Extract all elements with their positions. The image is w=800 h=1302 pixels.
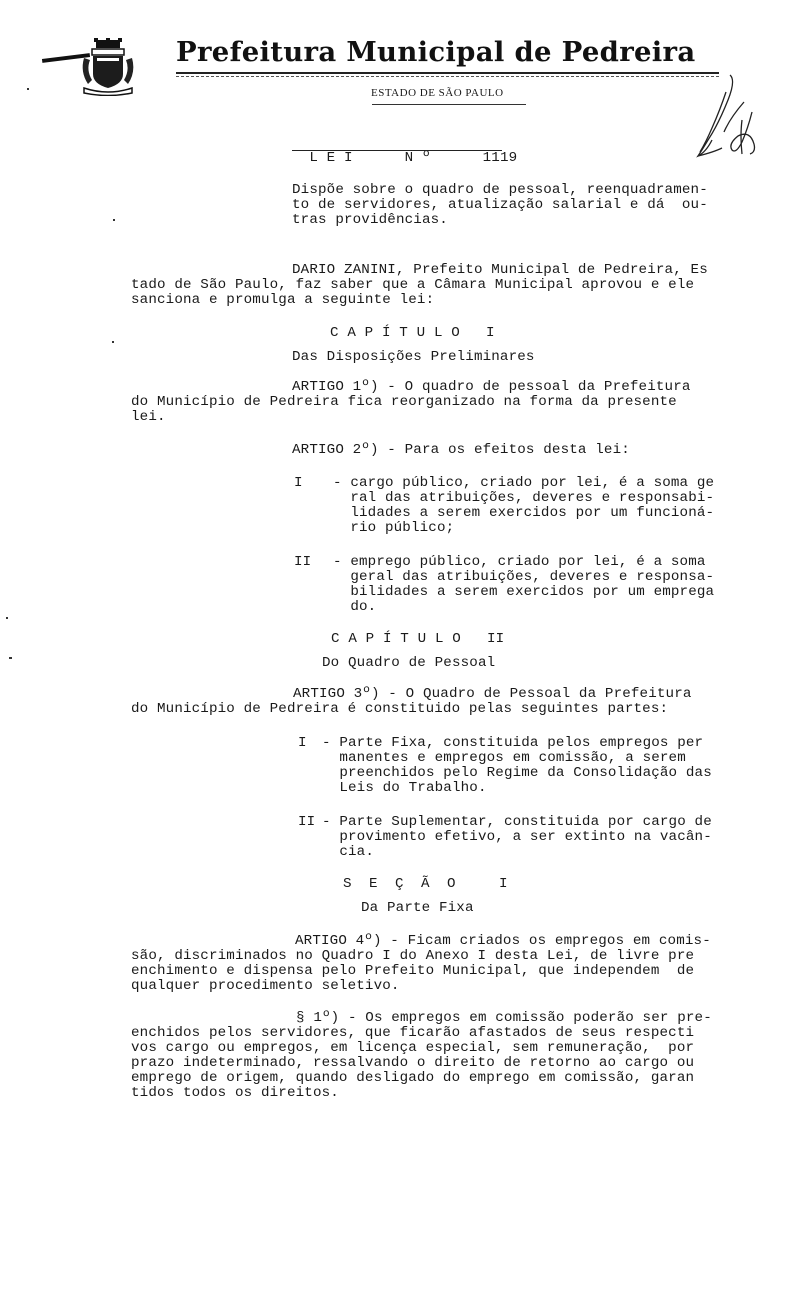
ementa-line: tras providências. bbox=[292, 213, 448, 228]
item-line: - emprego público, criado por lei, é a s… bbox=[333, 555, 706, 570]
item-line: do. bbox=[333, 600, 376, 615]
title-rule-dashed bbox=[176, 76, 719, 77]
section-1-label: S E Ç Ã O I bbox=[343, 877, 508, 892]
ementa-line: to de servidores, atualização salarial e… bbox=[292, 198, 708, 213]
item-line: rio público; bbox=[333, 521, 454, 536]
chapter-1-title: Das Disposições Preliminares bbox=[292, 350, 535, 365]
item-numeral: II bbox=[294, 555, 311, 570]
law-number: 1119 bbox=[483, 150, 518, 166]
state-subtitle: ESTADO DE SÃO PAULO bbox=[371, 87, 504, 99]
item-numeral: I bbox=[298, 736, 307, 751]
scan-speck bbox=[9, 657, 12, 659]
paragraph-line: emprego de origem, quando desligado do e… bbox=[131, 1071, 694, 1086]
scan-speck bbox=[113, 219, 115, 221]
article-line: são, discriminados no Quadro I do Anexo … bbox=[131, 949, 694, 964]
institution-title: Prefeitura Municipal de Pedreira bbox=[176, 36, 695, 68]
item-line: lidades a serem exercidos por um funcion… bbox=[333, 506, 714, 521]
article-line: ARTIGO 4º) - Ficam criados os empregos e… bbox=[295, 934, 711, 949]
article-line: enchimento e dispensa pelo Prefeito Muni… bbox=[131, 964, 694, 979]
preamble-line: DARIO ZANINI, Prefeito Municipal de Pedr… bbox=[292, 263, 708, 278]
article-line: ARTIGO 2º) - Para os efeitos desta lei: bbox=[292, 443, 630, 458]
item-line: - Parte Suplementar, constituida por car… bbox=[322, 815, 712, 830]
item-numeral: II bbox=[298, 815, 315, 830]
chapter-2-title: Do Quadro de Pessoal bbox=[322, 656, 495, 671]
law-number-underline bbox=[292, 150, 502, 151]
scan-speck bbox=[6, 617, 8, 619]
item-line: geral das atribuições, deveres e respons… bbox=[333, 570, 714, 585]
preamble-line: sanciona e promulga a seguinte lei: bbox=[131, 293, 434, 308]
article-line: do Município de Pedreira é constituido p… bbox=[131, 702, 668, 717]
ementa-line: Dispõe sobre o quadro de pessoal, reenqu… bbox=[292, 183, 708, 198]
paragraph-line: § 1º) - Os empregos em comissão poderão … bbox=[296, 1011, 712, 1026]
law-label: L E I bbox=[309, 150, 352, 166]
item-line: - cargo público, criado por lei, é a som… bbox=[333, 476, 714, 491]
article-line: do Município de Pedreira fica reorganiza… bbox=[131, 395, 677, 410]
paragraph-line: enchidos pelos servidores, que ficarão a… bbox=[131, 1026, 694, 1041]
item-line: Leis do Trabalho. bbox=[322, 781, 487, 796]
item-line: preenchidos pelo Regime da Consolidação … bbox=[322, 766, 712, 781]
paragraph-line: prazo indeterminado, ressalvando o direi… bbox=[131, 1056, 694, 1071]
item-line: provimento efetivo, a ser extinto na vac… bbox=[322, 830, 712, 845]
article-line: ARTIGO 3º) - O Quadro de Pessoal da Pref… bbox=[293, 687, 692, 702]
item-line: - Parte Fixa, constituida pelos empregos… bbox=[322, 736, 703, 751]
chapter-1-label: C A P Í T U L O I bbox=[330, 326, 495, 341]
article-line: qualquer procedimento seletivo. bbox=[131, 979, 400, 994]
preamble-line: tado de São Paulo, faz saber que a Câmar… bbox=[131, 278, 694, 293]
scan-speck bbox=[27, 88, 29, 90]
handwritten-signature-icon bbox=[684, 70, 764, 165]
item-line: bilidades a serem exercidos por um empre… bbox=[333, 585, 714, 600]
state-rule bbox=[372, 104, 526, 105]
article-line: ARTIGO 1º) - O quadro de pessoal da Pref… bbox=[292, 380, 691, 395]
chapter-2-label: C A P Í T U L O II bbox=[331, 632, 504, 647]
title-rule bbox=[176, 72, 719, 74]
item-numeral: I bbox=[294, 476, 303, 491]
article-line: lei. bbox=[131, 410, 166, 425]
paragraph-line: vos cargo ou empregos, em licença especi… bbox=[131, 1041, 694, 1056]
section-1-title: Da Parte Fixa bbox=[361, 901, 474, 916]
law-number-label: N º bbox=[405, 150, 431, 166]
item-line: ral das atribuições, deveres e responsab… bbox=[333, 491, 714, 506]
paragraph-line: tidos todos os direitos. bbox=[131, 1086, 339, 1101]
municipal-coat-of-arms-icon bbox=[78, 38, 138, 96]
item-line: manentes e empregos em comissão, a serem bbox=[322, 751, 686, 766]
scan-speck bbox=[112, 341, 114, 343]
item-line: cia. bbox=[322, 845, 374, 860]
